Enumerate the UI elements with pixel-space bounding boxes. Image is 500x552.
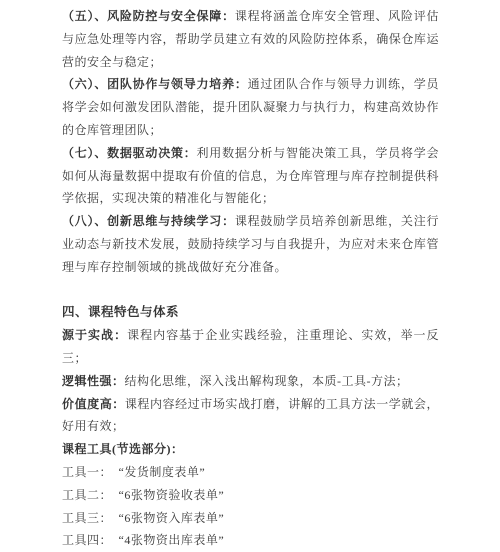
- feature-item-logical: 逻辑性强：结构化思维，深入浅出解构现象，本质-工具-方法；: [62, 370, 439, 393]
- course-tools-heading: 课程工具(节选部分)：: [62, 438, 439, 461]
- course-outline-item-8-label: （八）、创新思维与持续学习：: [62, 214, 235, 228]
- section-four-heading: 四、课程特色与体系: [62, 301, 439, 324]
- tool-item-4: 工具四： “4张物资出库表单”: [62, 529, 439, 533]
- document-page: （五）、风险防控与安全保障：课程将涵盖仓库安全管理、风险评估与应急处理等内容，帮…: [62, 5, 439, 533]
- tool-item-3: 工具三： “6张物资入库表单”: [62, 507, 439, 530]
- feature-item-logical-label: 逻辑性强：: [62, 374, 125, 388]
- tool-item-2-label: 工具二：: [62, 488, 106, 502]
- paragraph-spacer: [62, 279, 439, 302]
- feature-item-practical: 源于实战：课程内容基于企业实践经验，注重理论、实效，举一反三；: [62, 324, 439, 370]
- tool-item-2: 工具二： “6张物资验收表单”: [62, 484, 439, 507]
- feature-item-valuable: 价值度高：课程内容经过市场实战打磨，讲解的工具方法一学就会，好用有效；: [62, 393, 439, 439]
- tool-item-1-text: “发货制度表单”: [106, 465, 205, 479]
- course-outline-item-7-label: （七）、数据驱动决策：: [62, 146, 197, 160]
- course-outline-item-6: （六）、团队协作与领导力培养：通过团队合作与领导力训练，学员将学会如何激发团队潜…: [62, 73, 439, 141]
- course-outline-item-7: （七）、数据驱动决策：利用数据分析与智能决策工具，学员将学会如何从海量数据中提取…: [62, 142, 439, 210]
- tool-item-1-label: 工具一：: [62, 465, 106, 479]
- course-outline-item-6-label: （六）、团队协作与领导力培养：: [62, 77, 248, 91]
- tool-item-2-text: “6张物资验收表单”: [106, 488, 224, 502]
- course-outline-item-5-label: （五）、风险防控与安全保障：: [62, 9, 235, 23]
- course-outline-item-5: （五）、风险防控与安全保障：课程将涵盖仓库安全管理、风险评估与应急处理等内容，帮…: [62, 5, 439, 73]
- tool-item-3-text: “6张物资入库表单”: [106, 511, 224, 525]
- tool-item-1: 工具一： “发货制度表单”: [62, 461, 439, 484]
- feature-item-logical-text: 结构化思维，深入浅出解构现象，本质-工具-方法；: [125, 374, 409, 388]
- feature-item-valuable-label: 价值度高：: [62, 397, 125, 411]
- tool-item-3-label: 工具三：: [62, 511, 106, 525]
- feature-item-practical-label: 源于实战：: [62, 328, 127, 342]
- course-outline-item-8: （八）、创新思维与持续学习：课程鼓励学员培养创新思维，关注行业动态与新技术发展，…: [62, 210, 439, 278]
